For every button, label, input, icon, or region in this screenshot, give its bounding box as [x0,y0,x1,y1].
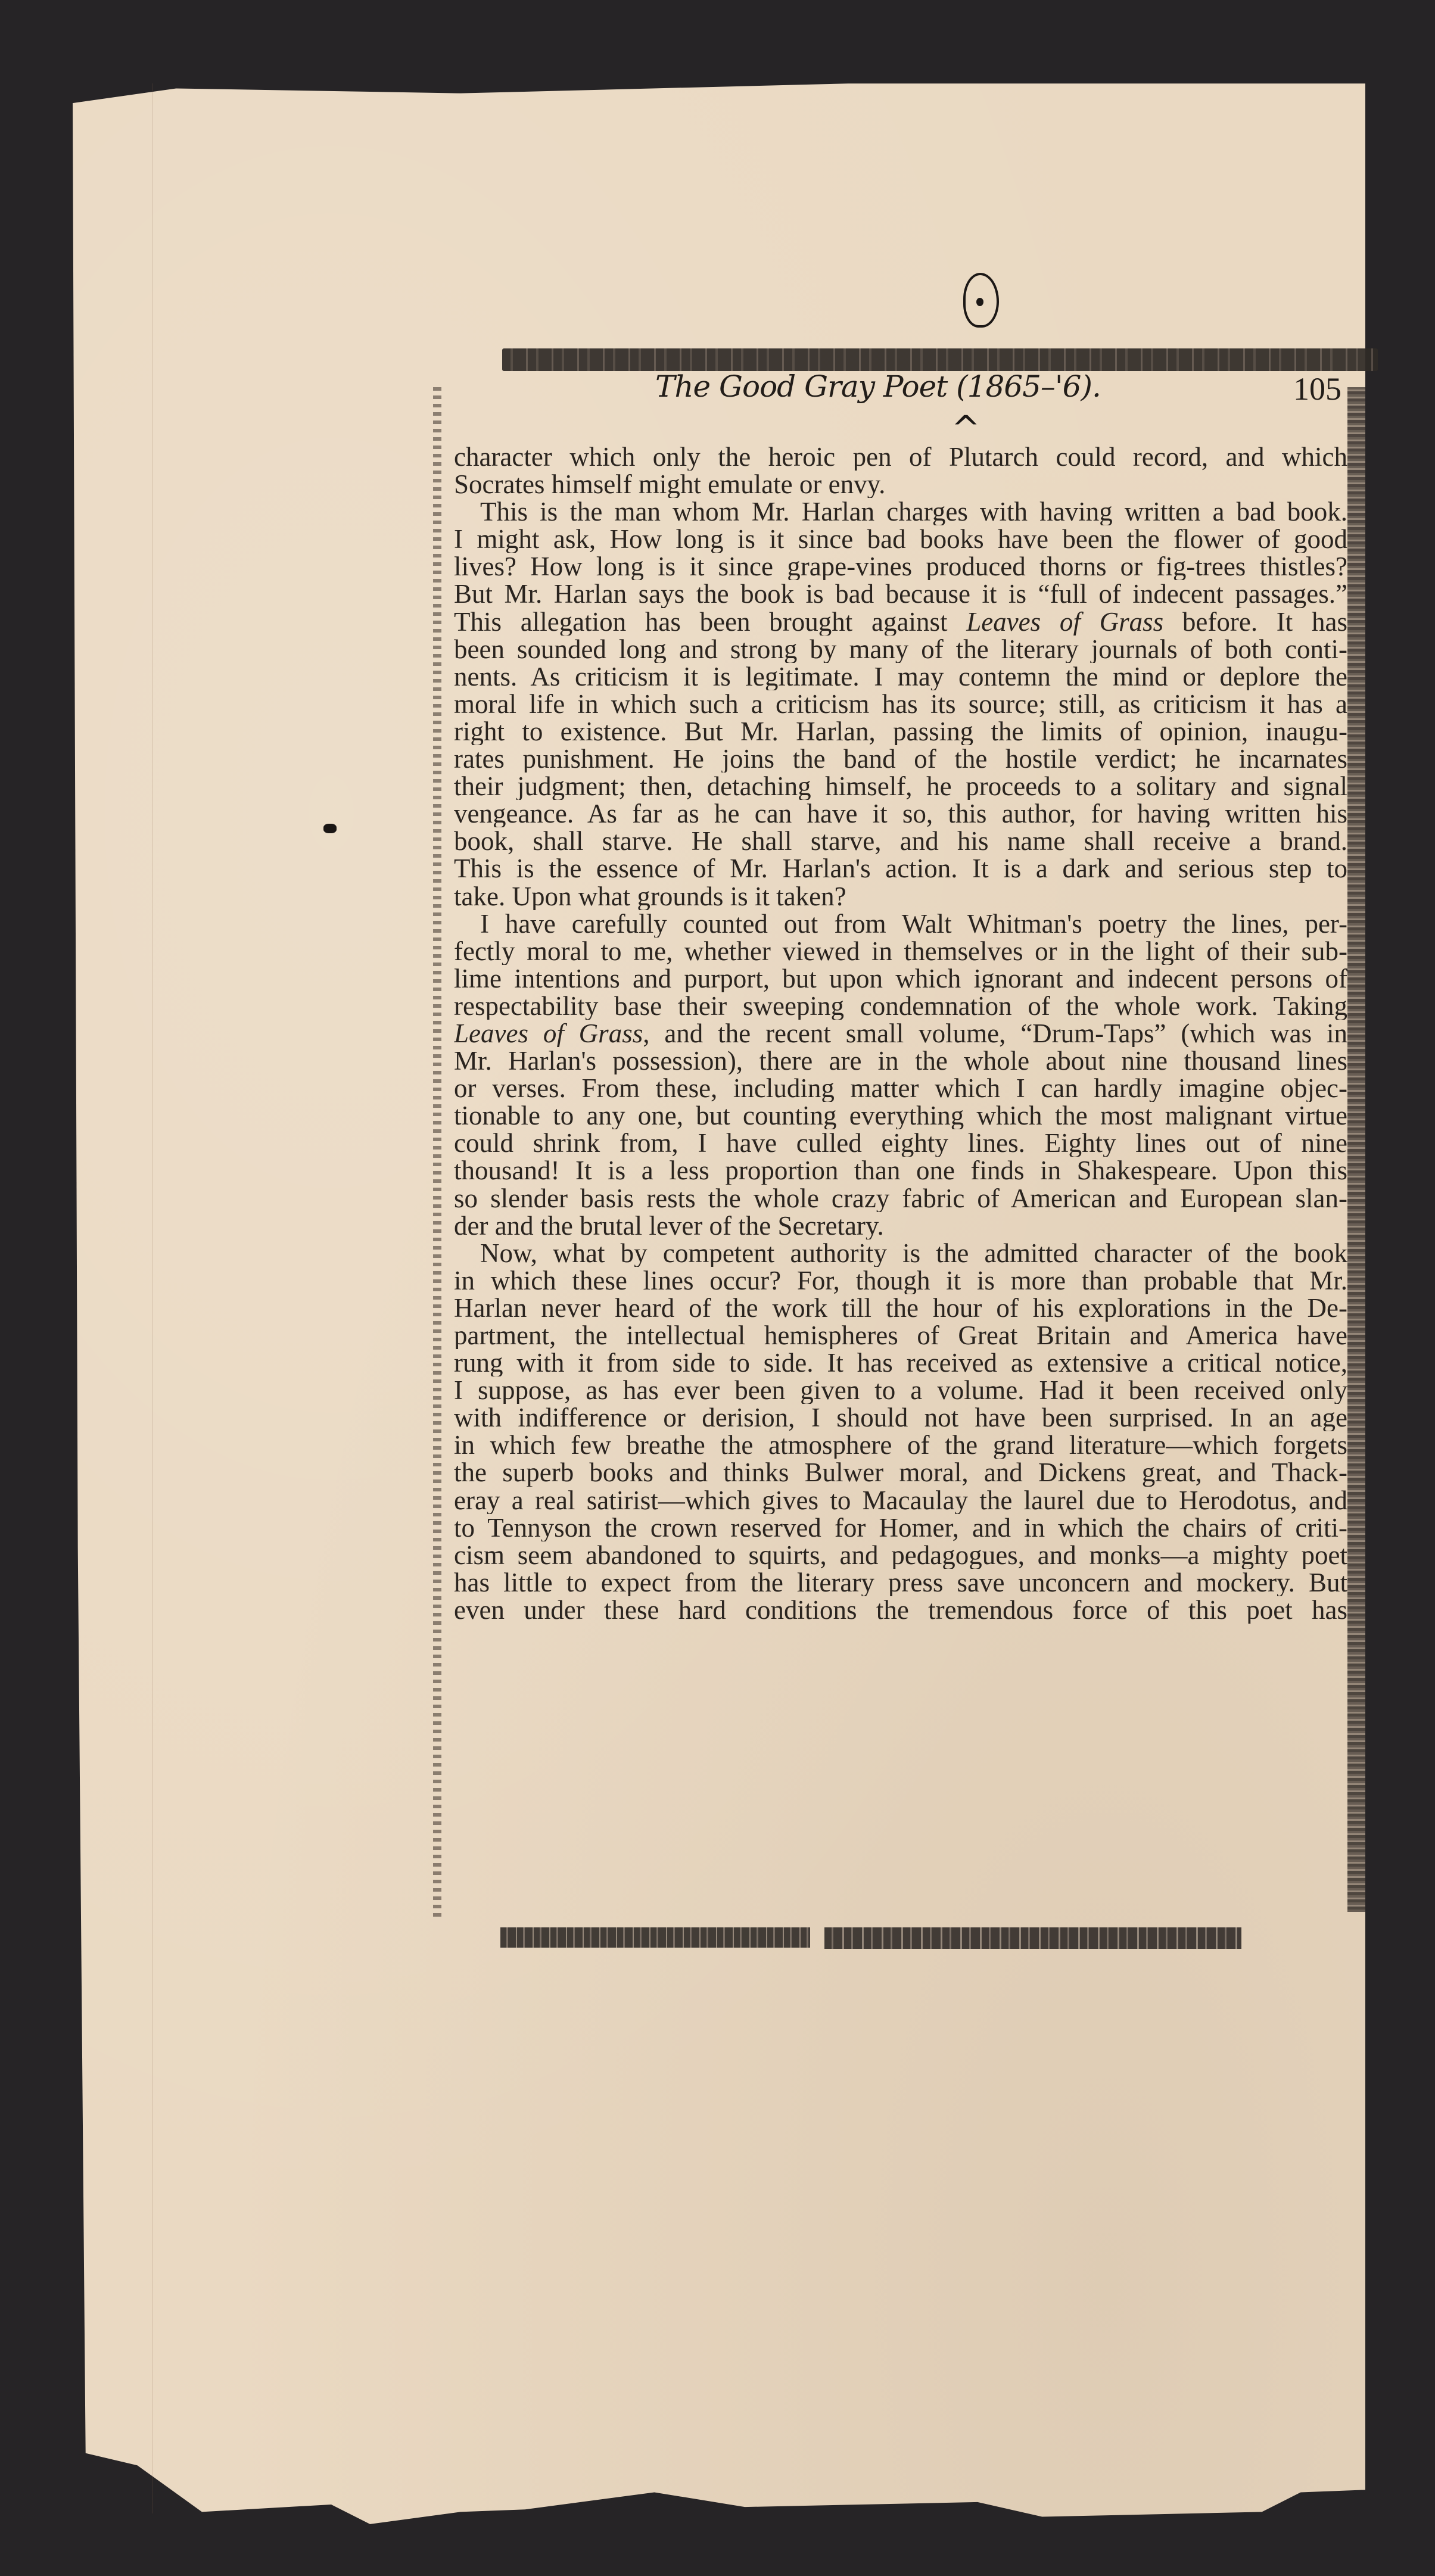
stray-ink-mark [323,824,337,833]
text-line: lives? How long is it since grape-vines … [454,553,1347,580]
annotation-dot [976,298,983,306]
text-line: fectly moral to me, whether viewed in th… [454,937,1347,965]
text-line: Leaves of Grass, and the recent small vo… [454,1020,1347,1047]
text-line: But Mr. Harlan says the book is bad beca… [454,580,1347,608]
text-line: rung with it from side to side. It has r… [454,1349,1347,1376]
text-line: or verses. From these, including matter … [454,1074,1347,1102]
text-line: even under these hard conditions the tre… [454,1596,1347,1624]
text-line: been sounded long and strong by many of … [454,636,1347,663]
page-number: 105 [1293,370,1341,407]
text-line: vengeance. As far as he can have it so, … [454,800,1347,827]
text-line: take. Upon what grounds is it taken? [454,883,1347,910]
text-line: Now, what by competent authority is the … [454,1239,1347,1267]
text-line: This allegation has been brought against… [454,608,1347,636]
bottom-border-rule-left [500,1927,810,1948]
text-line: book, shall starve. He shall starve, and… [454,827,1347,855]
text-line: with indifference or derision, I should … [454,1404,1347,1431]
text-line: der and the brutal lever of the Secretar… [454,1212,1347,1239]
text-line: in which few breathe the atmosphere of t… [454,1431,1347,1459]
bottom-border-rule-right [824,1927,1241,1949]
text-line: right to existence. But Mr. Harlan, pass… [454,718,1347,745]
text-line: eray a real satirist—which gives to Maca… [454,1487,1347,1514]
text-line: nents. As criticism it is legitimate. I … [454,663,1347,690]
text-line: rates punishment. He joins the band of t… [454,745,1347,773]
body-text: character which only the heroic pen of P… [454,443,1347,1624]
paper-fold-line [152,83,153,2513]
text-line: Harlan never heard of the work till the … [454,1294,1347,1322]
text-line: so slender basis rests the whole crazy f… [454,1185,1347,1212]
text-line: in which these lines occur? For, though … [454,1267,1347,1294]
text-line: thousand! It is a less proportion than o… [454,1157,1347,1184]
text-line: lime intentions and purport, but upon wh… [454,965,1347,992]
text-line: moral life in which such a criticism has… [454,690,1347,718]
book-title-italic: Leaves of Grass [966,608,1163,636]
text-line: the superb books and thinks Bulwer moral… [454,1459,1347,1486]
book-title-italic: Leaves of Grass [454,1020,643,1047]
text-line: This is the essence of Mr. Harlan's acti… [454,855,1347,882]
text-line: has little to expect from the literary p… [454,1569,1347,1596]
running-title: The Good Gray Poet (1865–'6). [655,369,1101,404]
left-border-strip [433,387,441,1918]
page-header: The Good Gray Poet (1865–'6). 105 [655,368,1352,416]
text-line: partment, the intellectual hemispheres o… [454,1322,1347,1349]
text-line: Socrates himself might emulate or envy. [454,471,1347,498]
text-line: to Tennyson the crown reserved for Homer… [454,1514,1347,1541]
text-line: character which only the heroic pen of P… [454,443,1347,471]
text-line: This is the man whom Mr. Harlan charges … [454,498,1347,525]
text-line: I suppose, as has ever been given to a v… [454,1376,1347,1404]
text-line: their judgment; then, detaching himself,… [454,773,1347,800]
right-border-strip [1347,387,1365,1912]
text-line: I might ask, How long is it since bad bo… [454,525,1347,553]
text-line: could shrink from, I have culled eighty … [454,1129,1347,1157]
text-line: respectability base their sweeping conde… [454,992,1347,1020]
text-line: tionable to any one, but counting everyt… [454,1102,1347,1129]
text-line: Mr. Harlan's possession), there are in t… [454,1047,1347,1074]
text-line: cism seem abandoned to squirts, and peda… [454,1541,1347,1569]
text-line: I have carefully counted out from Walt W… [454,910,1347,937]
caret-annotation-icon: ^ [951,411,980,446]
